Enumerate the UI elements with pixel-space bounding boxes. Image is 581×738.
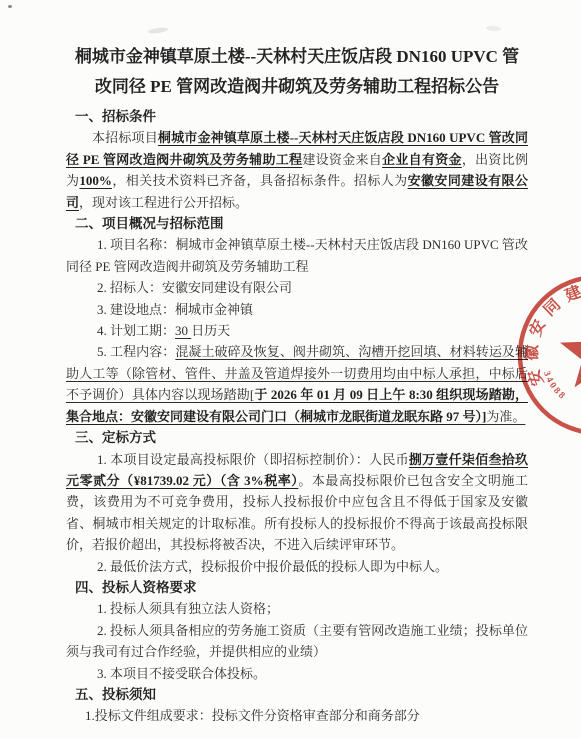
scan-artifact bbox=[486, 25, 501, 31]
seal-arc-char: 同 bbox=[540, 295, 564, 319]
text-run: 2. 投标人须具备相应的劳务施工资质（主要有管网改造施工业绩；投标单位须与我司有… bbox=[66, 623, 528, 659]
seal-arc-char: 安 bbox=[525, 317, 549, 339]
seal-serial-digit: 8 bbox=[556, 391, 566, 402]
text-run: 3. 建设地点：桐城市金神镇 bbox=[97, 302, 253, 317]
text-run: 建设资金来自 bbox=[302, 152, 382, 167]
seal-serial-digit: 8 bbox=[551, 386, 562, 396]
text-run: 企业自有资金 bbox=[382, 152, 462, 167]
text-run: 30 bbox=[175, 323, 191, 338]
text-run: 2. 招标人：安徽安同建设有限公司 bbox=[97, 280, 292, 295]
text-run: 4. 计划工期： bbox=[97, 323, 175, 338]
section-heading: 三、定标方式 bbox=[66, 427, 528, 448]
text-run: 1. 本项目设定最高投标限价（即招标控制价）：人民币 bbox=[97, 452, 409, 467]
text-run: 5. 工程内容： bbox=[97, 344, 175, 359]
section-heading: 一、招标条件 bbox=[66, 106, 528, 127]
paragraph: 1. 项目名称：桐城市金神镇草原土楼--天林村天庄饭店段 DN160 UPVC … bbox=[66, 234, 528, 277]
paragraph: 1. 投标人须具有独立法人资格； bbox=[66, 598, 528, 619]
paragraph: 1. 本项目设定最高投标限价（即招标控制价）：人民币捌万壹仟柒佰叁拾玖元零贰分（… bbox=[66, 449, 528, 556]
text-run: ，现对该工程进行公开招标。 bbox=[79, 195, 248, 210]
seal-arc-char: 建 bbox=[562, 282, 581, 305]
section-heading: 五、投标须知 bbox=[66, 684, 528, 705]
paragraph: 1.投标文件组成要求：投标文件分资格审查部分和商务部分 bbox=[66, 705, 528, 726]
text-run: 日历天 bbox=[191, 323, 230, 338]
section-heading: 二、项目概况与招标范围 bbox=[66, 213, 528, 234]
seal-serial-digit: 4 bbox=[543, 376, 554, 385]
paragraph: 4. 计划工期：30 日历天 bbox=[66, 320, 528, 341]
text-run: 本招标项目 bbox=[92, 130, 158, 145]
scan-artifact bbox=[148, 27, 169, 35]
paragraph: 3. 本项目不接受联合体投标。 bbox=[66, 663, 528, 684]
text-run: ，相关技术资料已齐备，具备招标条件。招标人为 bbox=[112, 173, 408, 188]
text-run: 为准。 bbox=[486, 409, 525, 424]
seal-ring bbox=[520, 277, 581, 433]
seal-serial-digit: 3 bbox=[541, 370, 552, 378]
text-run: 100% bbox=[79, 173, 112, 188]
seal-star bbox=[548, 306, 581, 401]
text-run: 1. 投标人须具有独立法人资格； bbox=[97, 601, 279, 616]
document-title-line2: 改同径 PE 管网改造阀井砌筑及劳务辅助工程招标公告 bbox=[66, 72, 528, 102]
paragraph: 2. 投标人须具备相应的劳务施工资质（主要有管网改造施工业绩；投标单位须与我司有… bbox=[66, 620, 528, 663]
document-content: 桐城市金神镇草原土楼--天林村天庄饭店段 DN160 UPVC 管 改同径 PE… bbox=[66, 42, 528, 727]
seal-serial-digit: 0 bbox=[547, 381, 558, 391]
section-heading: 四、投标人资格要求 bbox=[66, 577, 528, 598]
paragraph: 5. 工程内容：混凝土破碎及恢复、阀井砌筑、沟槽开挖回填、材料转运及辅助人工等（… bbox=[66, 341, 528, 427]
paragraph: 2. 招标人：安徽安同建设有限公司 bbox=[66, 277, 528, 298]
text-run: 1. 项目名称：桐城市金神镇草原土楼--天林村天庄饭店段 DN160 UPVC … bbox=[66, 237, 528, 273]
document-body: 一、招标条件本招标项目桐城市金神镇草原土楼--天林村天庄饭店段 DN160 UP… bbox=[66, 106, 528, 727]
document-title-line1: 桐城市金神镇草原土楼--天林村天庄饭店段 DN160 UPVC 管 bbox=[66, 42, 528, 72]
text-run: 3. 本项目不接受联合体投标。 bbox=[97, 666, 266, 681]
scan-artifact bbox=[8, 5, 12, 8]
paragraph: 2. 最低价法方式，投标报价中报价最低的投标人即为中标人。 bbox=[66, 556, 528, 577]
document-page: 桐城市金神镇草原土楼--天林村天庄饭店段 DN160 UPVC 管 改同径 PE… bbox=[0, 0, 581, 738]
document-title: 桐城市金神镇草原土楼--天林村天庄饭店段 DN160 UPVC 管 改同径 PE… bbox=[66, 42, 528, 102]
text-run: 2. 最低价法方式，投标报价中报价最低的投标人即为中标人。 bbox=[97, 559, 448, 574]
paragraph: 本招标项目桐城市金神镇草原土楼--天林村天庄饭店段 DN160 UPVC 管改同… bbox=[66, 127, 528, 213]
paragraph: 3. 建设地点：桐城市金神镇 bbox=[66, 299, 528, 320]
text-run: 1.投标文件组成要求：投标文件分资格审查部分和商务部分 bbox=[85, 708, 420, 723]
